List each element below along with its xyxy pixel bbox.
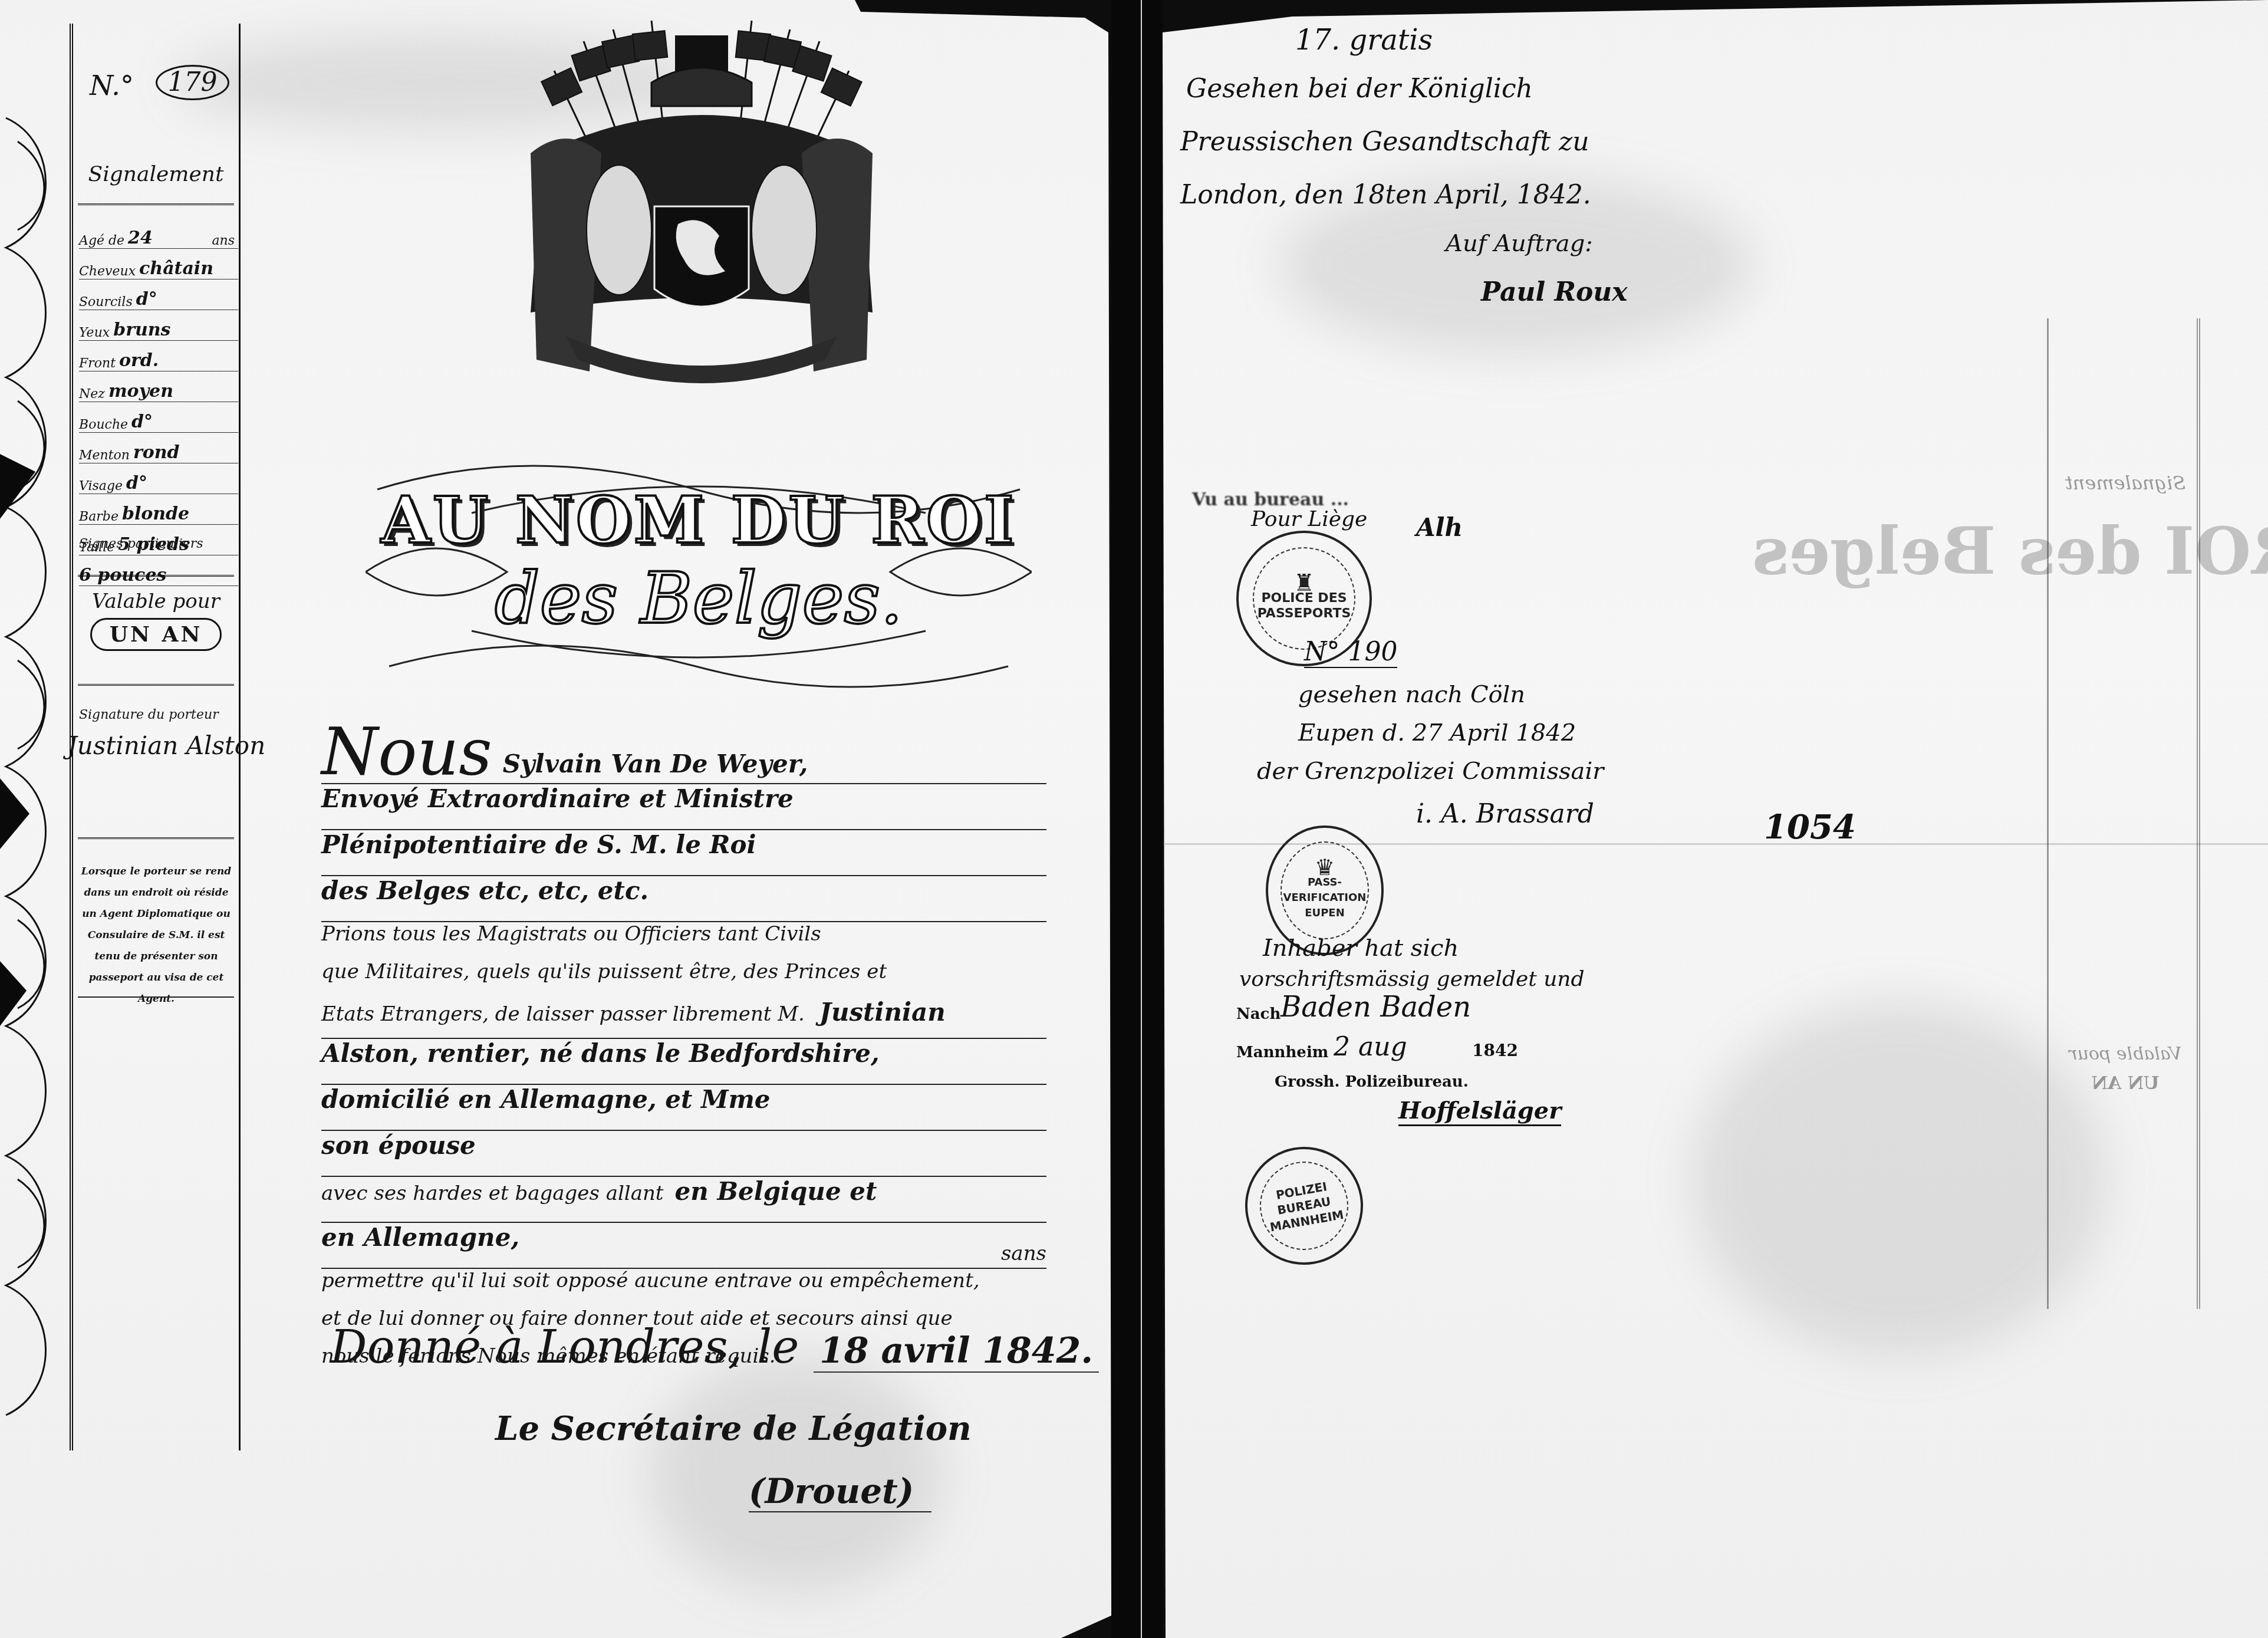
coat-of-arms-icon bbox=[519, 6, 884, 389]
gratis-note: 17. gratis bbox=[1295, 24, 1433, 57]
destination-line: avec ses hardes et bagages allant en Bel… bbox=[321, 1177, 1046, 1223]
validity-value: UN AN bbox=[90, 618, 222, 651]
divider bbox=[78, 996, 234, 998]
police-visa-destination: Pour Liège bbox=[1251, 507, 1367, 531]
field-bouche: Bouche d° bbox=[79, 402, 238, 433]
bearer-line: domicilié en Allemagne, et Mme bbox=[321, 1085, 1046, 1131]
divider bbox=[78, 837, 234, 839]
bleedthrough-un-an: UN AN bbox=[2055, 1073, 2196, 1094]
field-yeux: Yeux bruns bbox=[79, 310, 238, 341]
field-label: Front bbox=[79, 356, 119, 371]
destination: en Allemagne, bbox=[321, 1223, 519, 1252]
field-value: d° bbox=[131, 412, 153, 432]
place-label: Mannheim bbox=[1236, 1044, 1328, 1061]
prussian-visa-line: London, den 18ten April, 1842. bbox=[1180, 180, 1591, 210]
bearer-signature: Justinian Alston bbox=[67, 731, 265, 760]
passport-number: N.° 179 bbox=[85, 59, 232, 106]
field-label: Yeux bbox=[79, 325, 113, 340]
nous-word: Nous bbox=[321, 714, 492, 790]
scan-seam bbox=[1141, 0, 1142, 1638]
given-at: Donné à Londres, le bbox=[330, 1321, 799, 1374]
validity-block: Valable pour UN AN bbox=[73, 590, 239, 651]
title-au-nom-du-roi: AU NOM DU ROI bbox=[366, 483, 1032, 558]
issuer-title-line: Plénipotentiaire de S. M. le Roi bbox=[321, 830, 1046, 876]
validity-label: Valable pour bbox=[73, 590, 239, 613]
issuer-title: des Belges etc, etc, etc. bbox=[321, 876, 649, 905]
visa-date: 2 aug bbox=[1334, 1032, 1407, 1062]
printed-text: sans bbox=[1001, 1242, 1046, 1265]
visa-number: N° 190 bbox=[1304, 637, 1397, 668]
printed-text: Etats Etrangers, de laisser passer libre… bbox=[321, 1002, 805, 1026]
field-value: d° bbox=[136, 289, 157, 310]
field-visage: Visage d° bbox=[79, 463, 238, 494]
signes-particuliers-label: Signes particuliers bbox=[79, 537, 203, 551]
issuer-title-line: Envoyé Extraordinaire et Ministre bbox=[321, 784, 1046, 830]
signalement-heading: Signalement bbox=[73, 162, 239, 186]
bearer-text: domicilié en Allemagne, et Mme bbox=[321, 1085, 771, 1114]
field-suffix: ans bbox=[212, 233, 238, 248]
bearer-text: Alston, rentier, né dans le Bedfordshire… bbox=[321, 1039, 880, 1068]
field-value: blonde bbox=[122, 504, 189, 524]
bearer-line: son épouse bbox=[321, 1131, 1046, 1177]
eagle-crest-icon: ♛ bbox=[1315, 860, 1335, 875]
issue-date: 18 avril 1842. bbox=[814, 1330, 1099, 1373]
eupen-visa-signature: i. A. Brassard bbox=[1416, 799, 1594, 829]
field-value: moyen bbox=[108, 381, 173, 402]
printed-line: que Militaires, quels qu'ils puissent êt… bbox=[321, 960, 1046, 998]
passport-right-page: AU NOM DU ROI des Belges Signalement Val… bbox=[1163, 0, 2268, 1638]
bearer-line: Alston, rentier, né dans le Bedfordshire… bbox=[321, 1039, 1046, 1085]
field-label: Nez bbox=[79, 387, 108, 402]
issuer-title: Plénipotentiaire de S. M. le Roi bbox=[321, 830, 756, 859]
consular-notice: Lorsque le porteur se rend dans un endro… bbox=[79, 861, 233, 1009]
number-value: 179 bbox=[156, 65, 229, 100]
counterfoil-flourish-icon bbox=[0, 106, 65, 1521]
printed-text: Prions tous les Magistrats ou Officiers … bbox=[321, 922, 821, 946]
stamp-inner: POLIZEI BUREAU MANNHEIM bbox=[1253, 1155, 1355, 1257]
royal-title: AU NOM DU ROI des Belges. bbox=[366, 454, 1032, 690]
bearer-first-name: Justinian bbox=[819, 998, 946, 1027]
stamp-inner: ♛ PASS-VERIFICATION EUPEN bbox=[1281, 841, 1369, 939]
nach-label: Nach bbox=[1236, 1005, 1281, 1023]
divider bbox=[78, 684, 234, 686]
field-label: Visage bbox=[79, 479, 126, 494]
field-label: Barbe bbox=[79, 509, 122, 524]
stamp-text: POLICE DES PASSEPORTS bbox=[1254, 591, 1354, 621]
binding-gap bbox=[1111, 0, 1163, 1638]
field-value: rond bbox=[133, 442, 180, 463]
police-visa-initials: Alh bbox=[1416, 513, 1463, 542]
lion-crest-icon: ♜ bbox=[1293, 575, 1315, 591]
field-sourcils: Sourcils d° bbox=[79, 279, 238, 310]
destination-line: en Allemagne, sans bbox=[321, 1223, 1046, 1269]
bearer-text: son épouse bbox=[321, 1131, 476, 1160]
issuer-title-line: des Belges etc, etc, etc. bbox=[321, 876, 1046, 922]
passport-body: NousSylvain Van De Weyer, Envoyé Extraor… bbox=[321, 725, 1046, 1382]
eupen-visa-line: der Grenzpolizei Commissair bbox=[1257, 758, 1604, 785]
bearer-signature-label: Signature du porteur bbox=[79, 708, 219, 722]
field-label: Sourcils bbox=[79, 295, 136, 310]
field-menton: Menton rond bbox=[79, 433, 238, 463]
destination: en Belgique et bbox=[675, 1177, 877, 1206]
issuer-title: Envoyé Extraordinaire et Ministre bbox=[321, 784, 794, 813]
mannheim-visa-line: Inhaber hat sich bbox=[1263, 935, 1459, 962]
field-nez: Nez moyen bbox=[79, 371, 238, 402]
mannheim-signature: Hoffelsläger bbox=[1398, 1097, 1561, 1126]
field-front: Front ord. bbox=[79, 341, 238, 371]
field-barbe: Barbe blonde bbox=[79, 494, 238, 525]
field-value: châtain bbox=[139, 258, 213, 279]
bearer-line: Etats Etrangers, de laisser passer libre… bbox=[321, 998, 1046, 1039]
field-value: ord. bbox=[119, 350, 159, 371]
field-cheveux: Cheveux châtain bbox=[79, 249, 238, 279]
mannheim-police-stamp: POLIZEI BUREAU MANNHEIM bbox=[1236, 1137, 1372, 1274]
bleedthrough-heading: Signalement bbox=[2055, 472, 2196, 494]
bleedthrough-valable: Valable pour bbox=[2055, 1044, 2196, 1064]
nach-destination: Baden Baden bbox=[1281, 991, 1471, 1024]
prussian-visa-line: Gesehen bei der Königlich bbox=[1186, 74, 1533, 104]
field-label: Agé de bbox=[79, 233, 128, 248]
field-age: Agé de 24 ans bbox=[79, 218, 238, 249]
bleedthrough-stub: Signalement Valable pour UN AN bbox=[2047, 318, 2200, 1309]
passport-left-page: N.° 179 Signalement Agé de 24 ans Cheveu… bbox=[0, 0, 1111, 1638]
field-label: Cheveux bbox=[79, 264, 139, 279]
paper-stain bbox=[1693, 1002, 2106, 1356]
police-office: Grossh. Polizeibureau. bbox=[1275, 1073, 1469, 1091]
stamp-inner: ♜ POLICE DES PASSEPORTS bbox=[1253, 547, 1355, 649]
printed-line: permettre qu'il lui soit opposé aucune e… bbox=[321, 1269, 1046, 1307]
title-des-belges: des Belges. bbox=[366, 558, 1032, 640]
field-taille-pouces: 6 pouces bbox=[79, 555, 238, 586]
issuer-name: Sylvain Van De Weyer, bbox=[503, 749, 808, 778]
divider bbox=[78, 203, 234, 205]
field-label: Bouche bbox=[79, 417, 131, 432]
prussian-visa-signature: Paul Roux bbox=[1481, 277, 1628, 307]
printed-text: que Militaires, quels qu'ils puissent êt… bbox=[321, 960, 887, 984]
counterfoil-stub: N.° 179 Signalement Agé de 24 ans Cheveu… bbox=[70, 24, 241, 1450]
eupen-visa-line: Eupen d. 27 April 1842 bbox=[1298, 719, 1576, 746]
registry-number: 1054 bbox=[1764, 808, 1856, 847]
prussian-visa-line: Auf Auftrag: bbox=[1446, 230, 1593, 257]
visa-year: 1842 bbox=[1472, 1041, 1518, 1060]
printed-text: permettre qu'il lui soit opposé aucune e… bbox=[321, 1269, 980, 1292]
field-value: 24 bbox=[128, 228, 153, 248]
mannheim-visa-line: vorschriftsmässig gemeldet und bbox=[1239, 967, 1585, 991]
prussian-visa-line: Preussischen Gesandtschaft zu bbox=[1180, 127, 1589, 157]
field-value: bruns bbox=[113, 320, 170, 340]
secretary-signature: (Drouet) bbox=[749, 1471, 931, 1512]
printed-line: Prions tous les Magistrats ou Officiers … bbox=[321, 922, 1046, 960]
printed-text: avec ses hardes et bagages allant bbox=[321, 1182, 664, 1205]
stamp-text: PASS-VERIFICATION EUPEN bbox=[1282, 875, 1368, 921]
eupen-visa-line: gesehen nach Cöln bbox=[1298, 681, 1525, 708]
secretary-title: Le Secrétaire de Légation bbox=[495, 1409, 972, 1448]
description-fields: Agé de 24 ans Cheveux châtain Sourcils d… bbox=[79, 218, 238, 586]
field-label: Menton bbox=[79, 448, 133, 463]
issue-date-line: Donné à Londres, le 18 avril 1842. bbox=[330, 1321, 1099, 1374]
divider bbox=[78, 575, 234, 577]
issuer-line: NousSylvain Van De Weyer, bbox=[321, 725, 1046, 784]
field-value: d° bbox=[126, 473, 147, 494]
number-label: N.° bbox=[90, 70, 134, 101]
